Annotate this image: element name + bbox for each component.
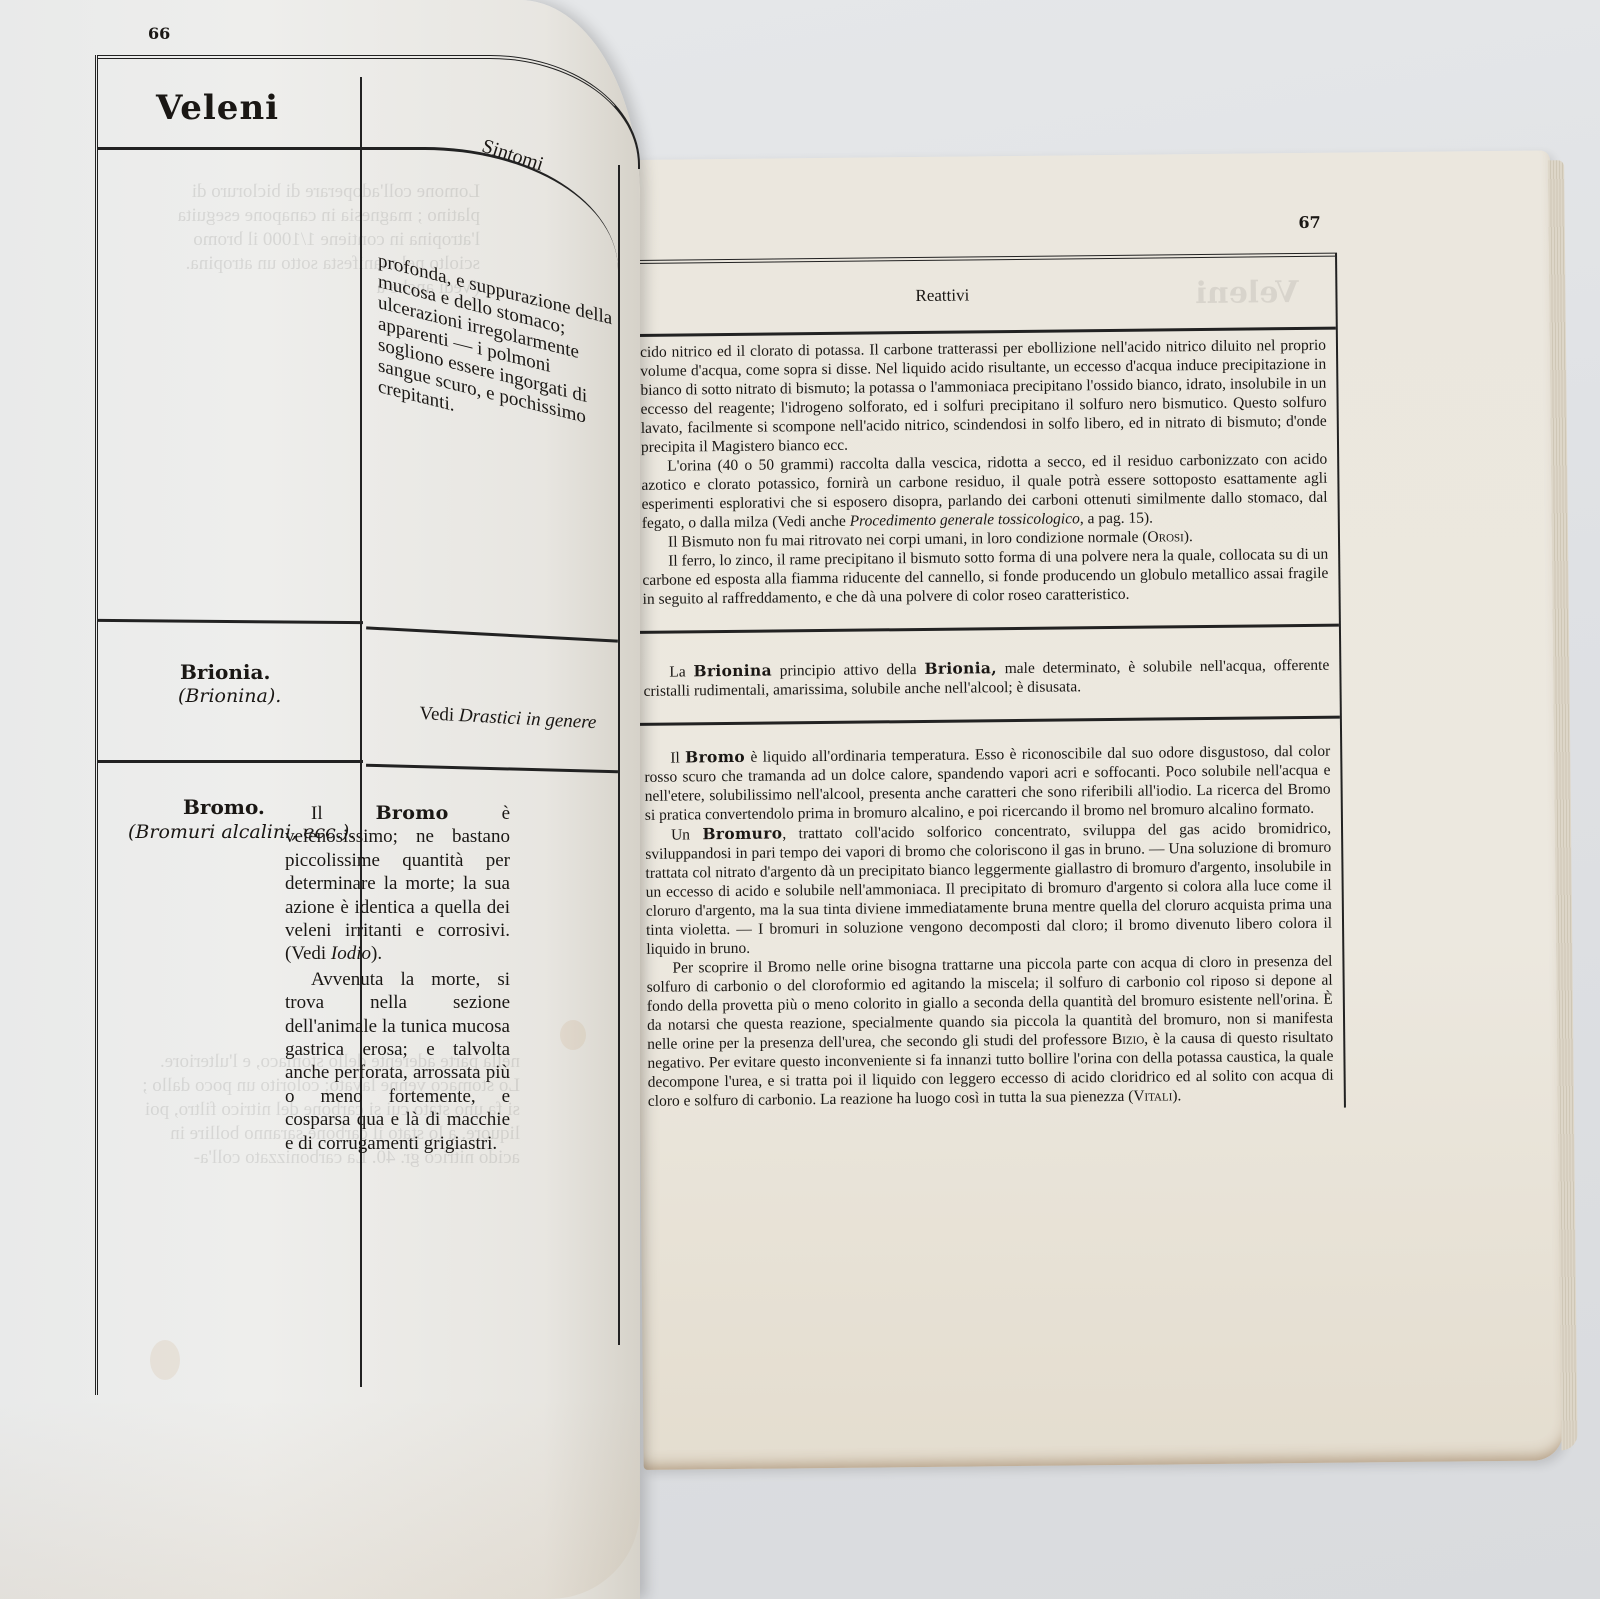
poison-alt-brionina: (Brionina). <box>178 685 281 707</box>
poisons-table: Veleni Sintomi profonda, e suppurazione … <box>95 55 618 1395</box>
poison-name-bromo: Bromo. <box>183 795 265 819</box>
poison-name-brionia: Brionia. <box>180 660 270 684</box>
header-veleni: Veleni <box>156 88 279 128</box>
table-right-border <box>618 165 620 1345</box>
bromo-paragraph-2: Un Bromuro, trattato coll'acido solforic… <box>645 818 1332 959</box>
open-book-photo: 67 Veleni Reattivi cido nitrico ed il cl… <box>0 0 1600 1599</box>
bromo-paragraph-3: Per scoprire il Bromo nelle orine bisogn… <box>646 952 1334 1111</box>
bromo-symptoms-paragraph-1: Il Bromo è velenosissimo; ne bastano pic… <box>285 802 510 966</box>
bromo-symptoms: Il Bromo è velenosissimo; ne bastano pic… <box>285 802 510 1155</box>
bismuto-paragraph-4: Il ferro, lo zinco, il rame precipitano … <box>642 545 1329 609</box>
bleed-through-veleni: Veleni <box>1195 275 1299 311</box>
row-line <box>98 760 363 763</box>
row-line <box>366 764 618 774</box>
bromo-paragraph-1: Il Bromo è liquido all'ordinaria tempera… <box>644 741 1331 825</box>
paper-stain <box>560 1020 586 1050</box>
brionia-section: La Brionina principio attivo della Brion… <box>639 627 1340 723</box>
right-page: 67 Veleni Reattivi cido nitrico ed il cl… <box>630 150 1564 1470</box>
reagents-table-header: Veleni Reattivi <box>635 253 1336 337</box>
bismuto-section: cido nitrico ed il clorato di potassa. I… <box>636 330 1339 613</box>
reagents-table: Veleni Reattivi cido nitrico ed il clora… <box>635 253 1346 1115</box>
column-divider <box>360 77 362 1387</box>
row-line <box>366 626 618 642</box>
page-aging <box>0 1399 640 1599</box>
bismuto-paragraph-2: L'orina (40 o 50 grammi) raccolta dalla … <box>641 450 1328 533</box>
paper-stain <box>150 1340 180 1380</box>
row-line <box>98 619 363 624</box>
brionia-paragraph: La Brionina principio attivo della Brion… <box>643 655 1329 701</box>
bismuto-paragraph-1: cido nitrico ed il clorato di potassa. I… <box>640 336 1327 457</box>
header-reattivi: Reattivi <box>915 285 969 306</box>
page-stack-edge <box>1548 160 1578 1450</box>
bromo-symptoms-paragraph-2: Avvenuta la morte, si trova nella sezion… <box>285 968 510 1155</box>
continued-symptoms-text: profonda, e suppurazione della mucosa e … <box>378 250 618 457</box>
page-number-left: 66 <box>148 24 170 43</box>
bromo-section: Il Bromo è liquido all'ordinaria tempera… <box>640 719 1344 1115</box>
page-number-right: 67 <box>1298 213 1320 232</box>
left-page: 66 Lomone coll'adoperare di bicloruro di… <box>0 0 640 1599</box>
brionia-symptoms: Vedi Drastici in genere <box>419 703 597 734</box>
